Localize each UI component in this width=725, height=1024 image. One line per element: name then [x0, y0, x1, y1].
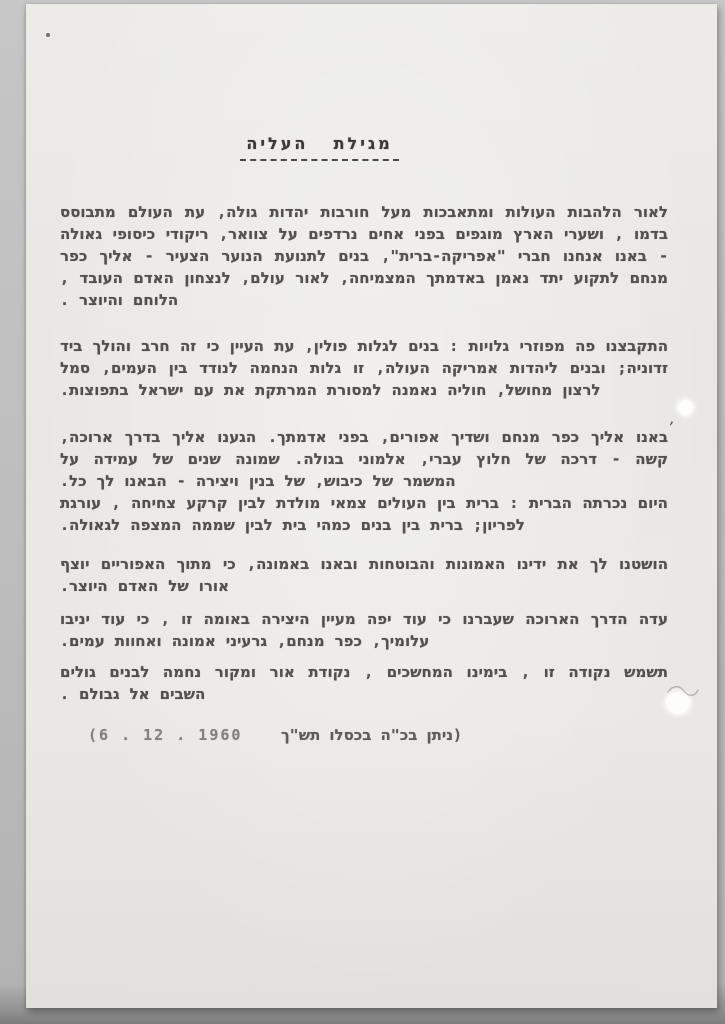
- scanned-page: מגילת העליה לאור הלהבות העולות ומתאבכות …: [26, 4, 717, 1008]
- paragraph: תשמש נקודה זו , בימינו המחשכים , נקודת א…: [60, 661, 668, 705]
- date-gregorian: (6 . 12 . 1960: [88, 726, 242, 744]
- paragraph: עדה הדרך הארוכה שעברנו כי עוד יפה מעיין …: [60, 608, 668, 652]
- body-text: לאור הלהבות העולות ומתאבכות מעל חורבות י…: [26, 201, 717, 705]
- ink-dot: [46, 33, 50, 37]
- squiggle-icon: [666, 682, 700, 698]
- paragraph: הושטנו לך את ידינו האמונות והבוטחות ובאנ…: [60, 553, 668, 597]
- paragraph: באנו אליך כפר מנחם ושדיך אפורים, בפני אד…: [60, 426, 668, 492]
- pencil-squiggle: [666, 682, 700, 702]
- page-title-text: מגילת העליה: [240, 134, 398, 161]
- date-hebrew: (ניתן בכ"ה בכסלו תש"ך: [281, 726, 462, 744]
- punch-hole-top: [678, 400, 693, 415]
- paragraph: היום נכרתה הברית : ברית בין העולים צמאי …: [60, 492, 668, 536]
- dateline: (6 . 12 . 1960 (ניתן בכ"ה בכסלו תש"ך: [26, 726, 717, 750]
- paragraph: התקבצנו פה מפוזרי גלויות : בנים לגלות פו…: [60, 335, 668, 401]
- page-title: מגילת העליה: [0, 134, 665, 161]
- paragraph: לאור הלהבות העולות ומתאבכות מעל חורבות י…: [60, 201, 668, 311]
